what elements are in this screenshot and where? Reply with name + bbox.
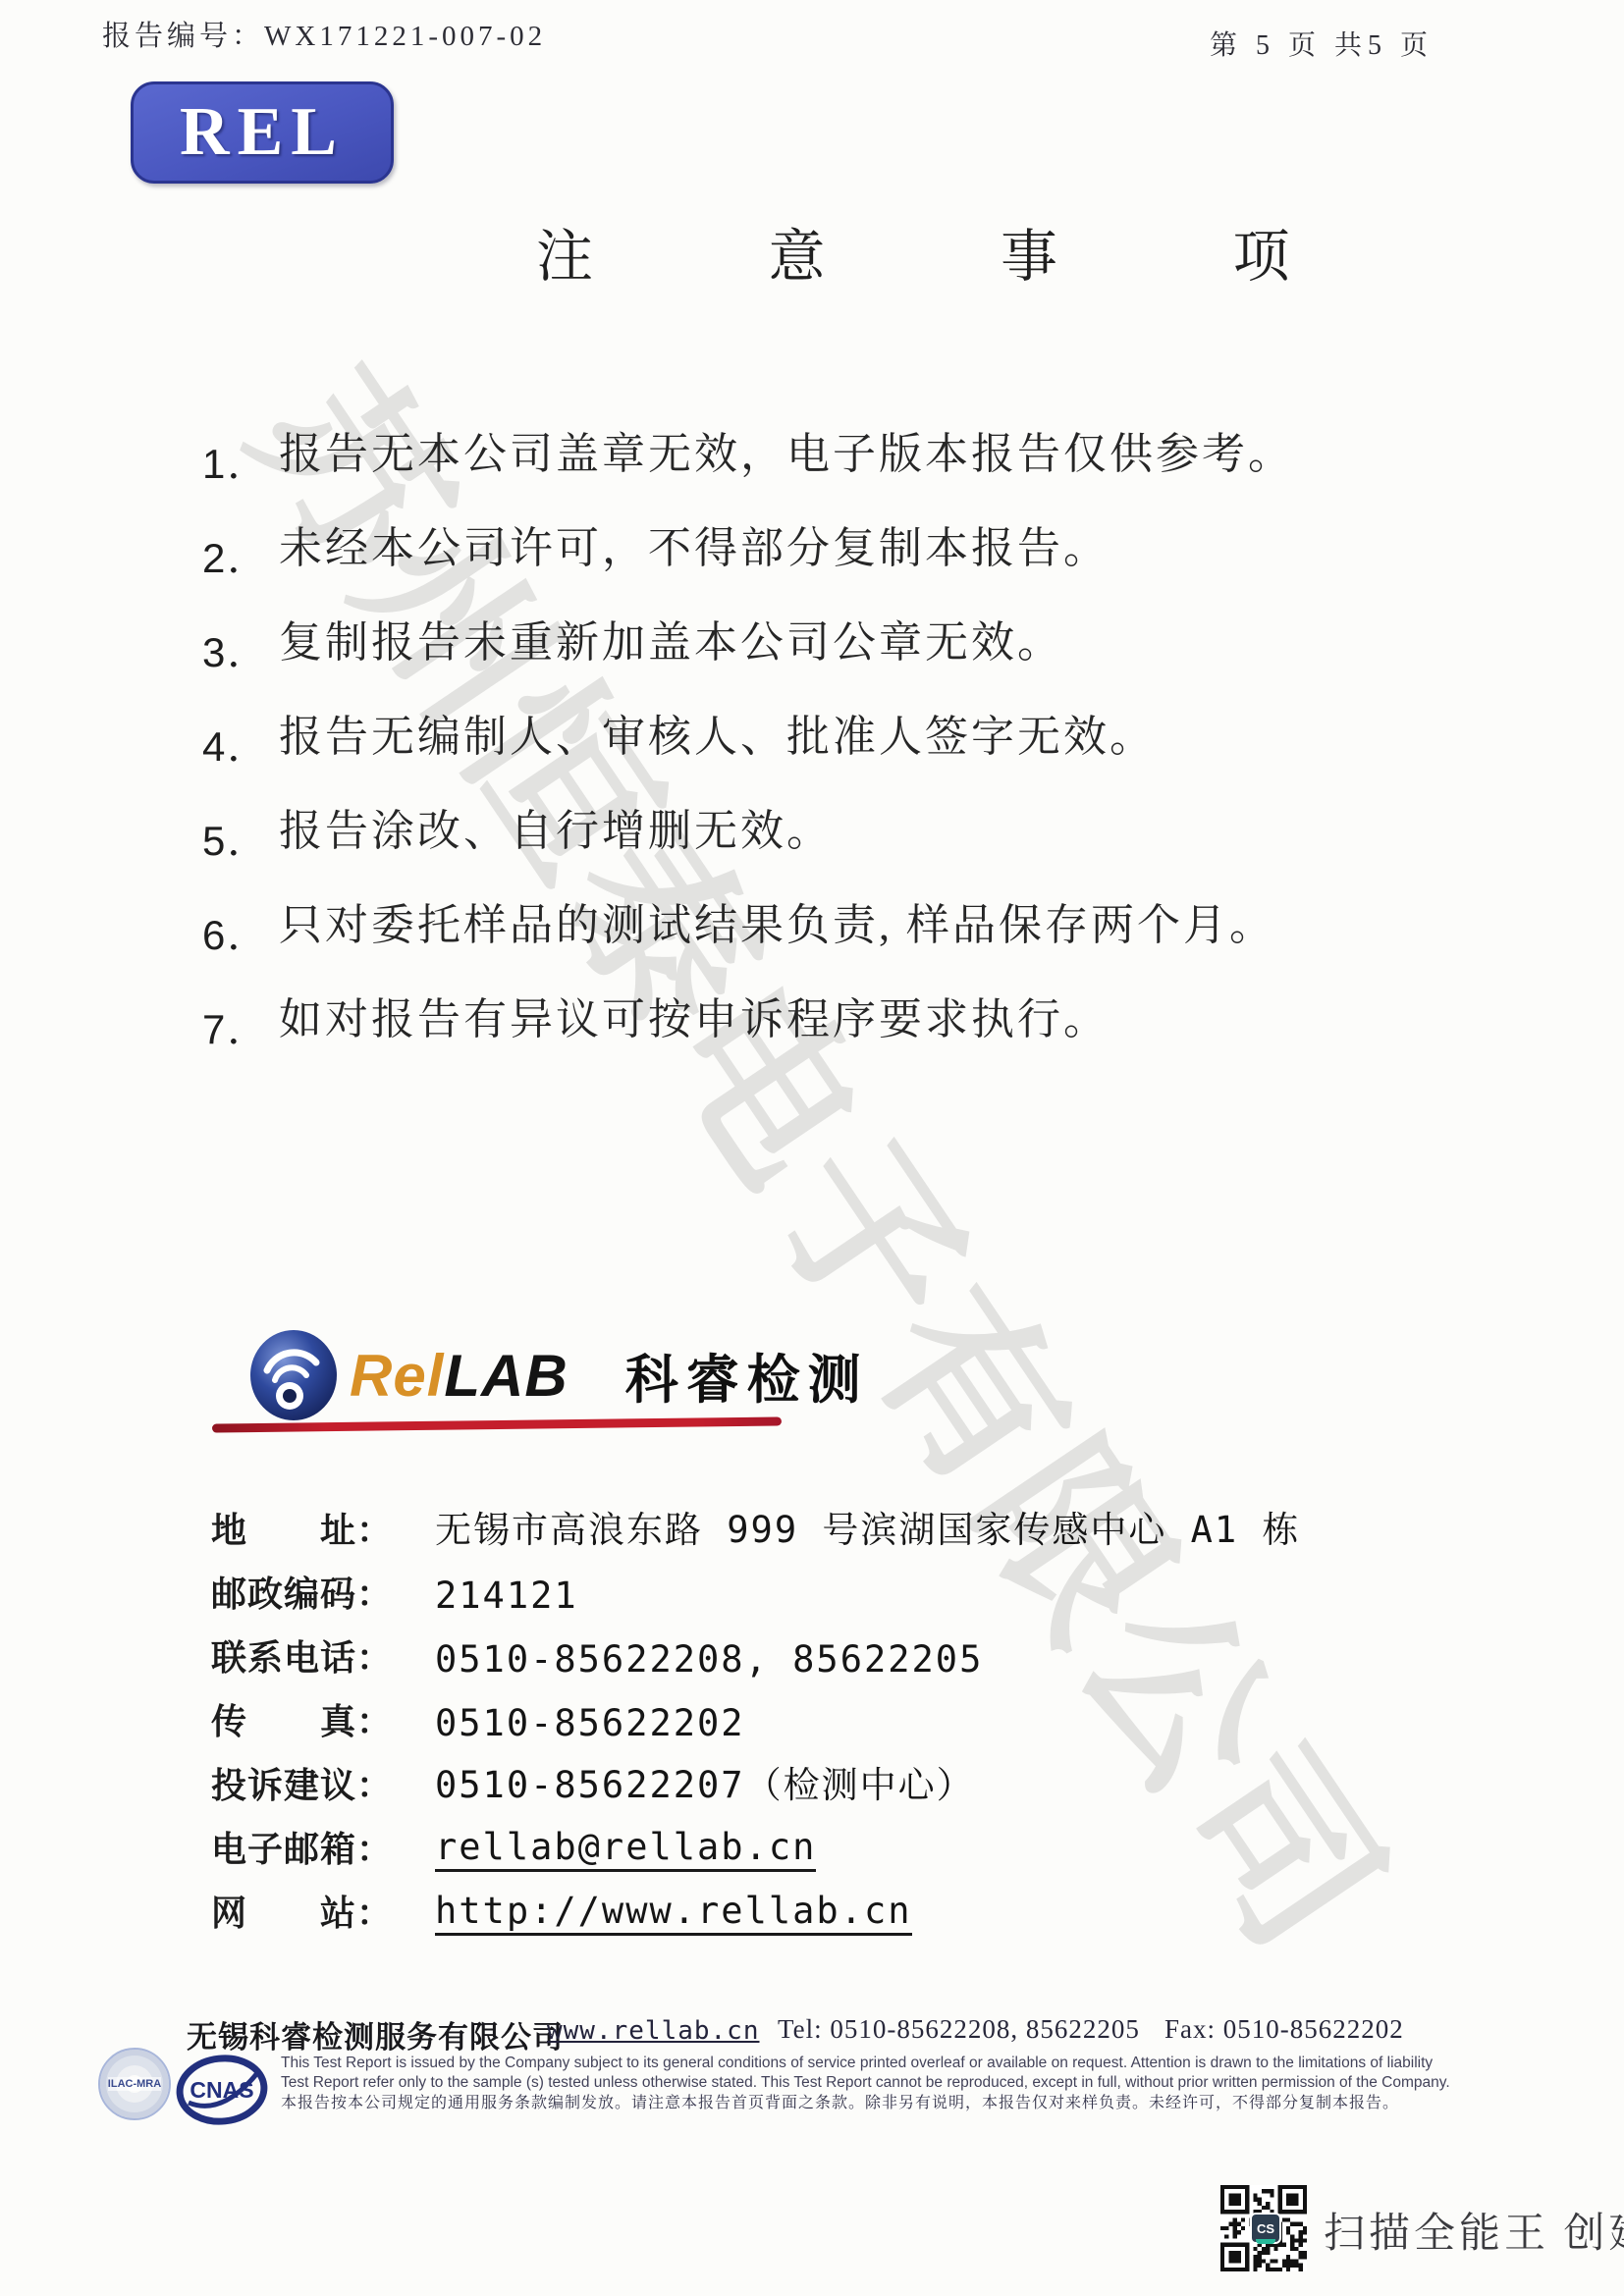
disclaimer-line-1: This Test Report is issued by the Compan… xyxy=(281,2054,1577,2073)
notice-item: 5．报告涂改、自行增删无效。 xyxy=(202,809,1439,868)
notice-number: 1． xyxy=(202,432,279,491)
footer-bar: 无锡科睿检测服务有限公司 www.rellab.cn Tel: 0510-856… xyxy=(0,2010,1624,2050)
contact-label: 投诉建议： xyxy=(211,1758,435,1808)
footer-company-name: 无锡科睿检测服务有限公司 xyxy=(187,2012,564,2056)
contact-label: 电子邮箱： xyxy=(211,1822,435,1872)
footer-telephone: Tel: 0510-85622208, 85622205 xyxy=(778,2014,1140,2045)
notice-text: 未经本公司许可，不得部分复制本报告。 xyxy=(279,526,1110,571)
contact-value: 0510-85622202 xyxy=(435,1702,745,1744)
contact-value: 无锡市高浪东路 999 号滨湖国家传感中心 A1 栋 xyxy=(435,1500,1300,1553)
contact-link-value: http://www.rellab.cn xyxy=(435,1890,912,1936)
contact-row: 传 真：0510-85622202 xyxy=(211,1701,1300,1744)
notice-text: 报告无本公司盖章无效，电子版本报告仅供参考。 xyxy=(279,432,1294,477)
contact-row: 地 址：无锡市高浪东路 999 号滨湖国家传感中心 A1 栋 xyxy=(211,1510,1300,1553)
disclaimer-block: This Test Report is issued by the Compan… xyxy=(281,2054,1577,2114)
footer-fax: Fax: 0510-85622202 xyxy=(1164,2014,1404,2045)
brand-chinese-name: 科睿检测 xyxy=(625,1338,869,1414)
contact-label: 邮政编码： xyxy=(211,1567,435,1617)
cnas-badge: CNAS xyxy=(175,2052,269,2128)
contact-row: 电子邮箱：rellab@rellab.cn xyxy=(211,1829,1300,1872)
notice-item: 1．报告无本公司盖章无效，电子版本报告仅供参考。 xyxy=(202,432,1439,491)
notice-item: 4．报告无编制人、审核人、批准人签字无效。 xyxy=(202,715,1439,774)
notice-item: 7．如对报告有异议可按申诉程序要求执行。 xyxy=(202,997,1439,1056)
notice-text: 报告涂改、自行增删无效。 xyxy=(279,809,833,854)
contact-value: 214121 xyxy=(435,1575,578,1617)
notices-list: 1．报告无本公司盖章无效，电子版本报告仅供参考。2．未经本公司许可，不得部分复制… xyxy=(202,432,1439,1092)
notice-text: 报告无编制人、审核人、批准人签字无效。 xyxy=(279,715,1156,760)
notice-text: 只对委托样品的测试结果负责, 样品保存两个月。 xyxy=(279,903,1275,948)
notice-number: 5． xyxy=(202,809,279,868)
rellab-brand: RelLAB 科睿检测 xyxy=(245,1327,869,1423)
contact-info: 地 址：无锡市高浪东路 999 号滨湖国家传感中心 A1 栋邮政编码：21412… xyxy=(211,1510,1300,1956)
notice-number: 3． xyxy=(202,620,279,679)
disclaimer-line-3: 本报告按本公司规定的通用服务条款编制发放。请注意本报告首页背面之条款。除非另有说… xyxy=(281,2093,1577,2114)
disclaimer-line-2: Test Report refer only to the sample (s)… xyxy=(281,2073,1577,2093)
contact-label: 联系电话： xyxy=(211,1630,435,1681)
notice-item: 2．未经本公司许可，不得部分复制本报告。 xyxy=(202,526,1439,585)
page-indicator: 第 5 页 共5 页 xyxy=(1210,24,1434,63)
cnas-label: CNAS xyxy=(189,2077,253,2103)
rellab-wordmark: RelLAB xyxy=(350,1342,568,1410)
rellab-logo-icon xyxy=(245,1327,342,1423)
camscanner-caption: 扫描全能王 创建 xyxy=(1324,2201,1624,2260)
ilac-mra-label: ILAC-MRA xyxy=(108,2077,161,2091)
ilac-mra-badge: ILAC-MRA xyxy=(98,2048,171,2120)
camscanner-cs-icon: CS xyxy=(1250,2213,1281,2244)
contact-label: 传 真： xyxy=(211,1694,435,1744)
contact-row: 投诉建议：0510-85622207（检测中心） xyxy=(211,1765,1300,1808)
report-number: 报告编号：WX171221-007-02 xyxy=(102,14,546,54)
notice-item: 3．复制报告未重新加盖本公司公章无效。 xyxy=(202,620,1439,679)
brand-lab: LAB xyxy=(444,1343,568,1409)
rel-logo: REL xyxy=(131,81,394,184)
notice-number: 6． xyxy=(202,903,279,962)
contact-row: 邮政编码：214121 xyxy=(211,1574,1300,1617)
notice-item: 6．只对委托样品的测试结果负责, 样品保存两个月。 xyxy=(202,903,1439,962)
rel-logo-text: REL xyxy=(180,93,345,172)
contact-label: 地 址： xyxy=(211,1503,435,1553)
notice-text: 复制报告未重新加盖本公司公章无效。 xyxy=(279,620,1063,666)
contact-value: 0510-85622208, 85622205 xyxy=(435,1638,983,1681)
report-number-label: 报告编号： xyxy=(102,21,264,52)
notice-number: 4． xyxy=(202,715,279,774)
contact-label: 网 站： xyxy=(211,1886,435,1936)
contact-value: 0510-85622207（检测中心） xyxy=(435,1755,975,1808)
camscanner-qr-code: CS xyxy=(1220,2185,1307,2271)
notice-text: 如对报告有异议可按申诉程序要求执行。 xyxy=(279,997,1110,1042)
page-title: 注 意 事 项 xyxy=(536,210,1371,293)
notice-number: 2． xyxy=(202,526,279,585)
cs-icon-label: CS xyxy=(1257,2221,1274,2236)
footer-website-link: www.rellab.cn xyxy=(547,2016,760,2046)
report-number-value: WX171221-007-02 xyxy=(264,21,546,52)
contact-row: 联系电话：0510-85622208, 85622205 xyxy=(211,1637,1300,1681)
brand-rel: Rel xyxy=(350,1343,444,1409)
contact-link-value: rellab@rellab.cn xyxy=(435,1826,816,1872)
contact-row: 网 站：http://www.rellab.cn xyxy=(211,1893,1300,1936)
notice-number: 7． xyxy=(202,997,279,1056)
